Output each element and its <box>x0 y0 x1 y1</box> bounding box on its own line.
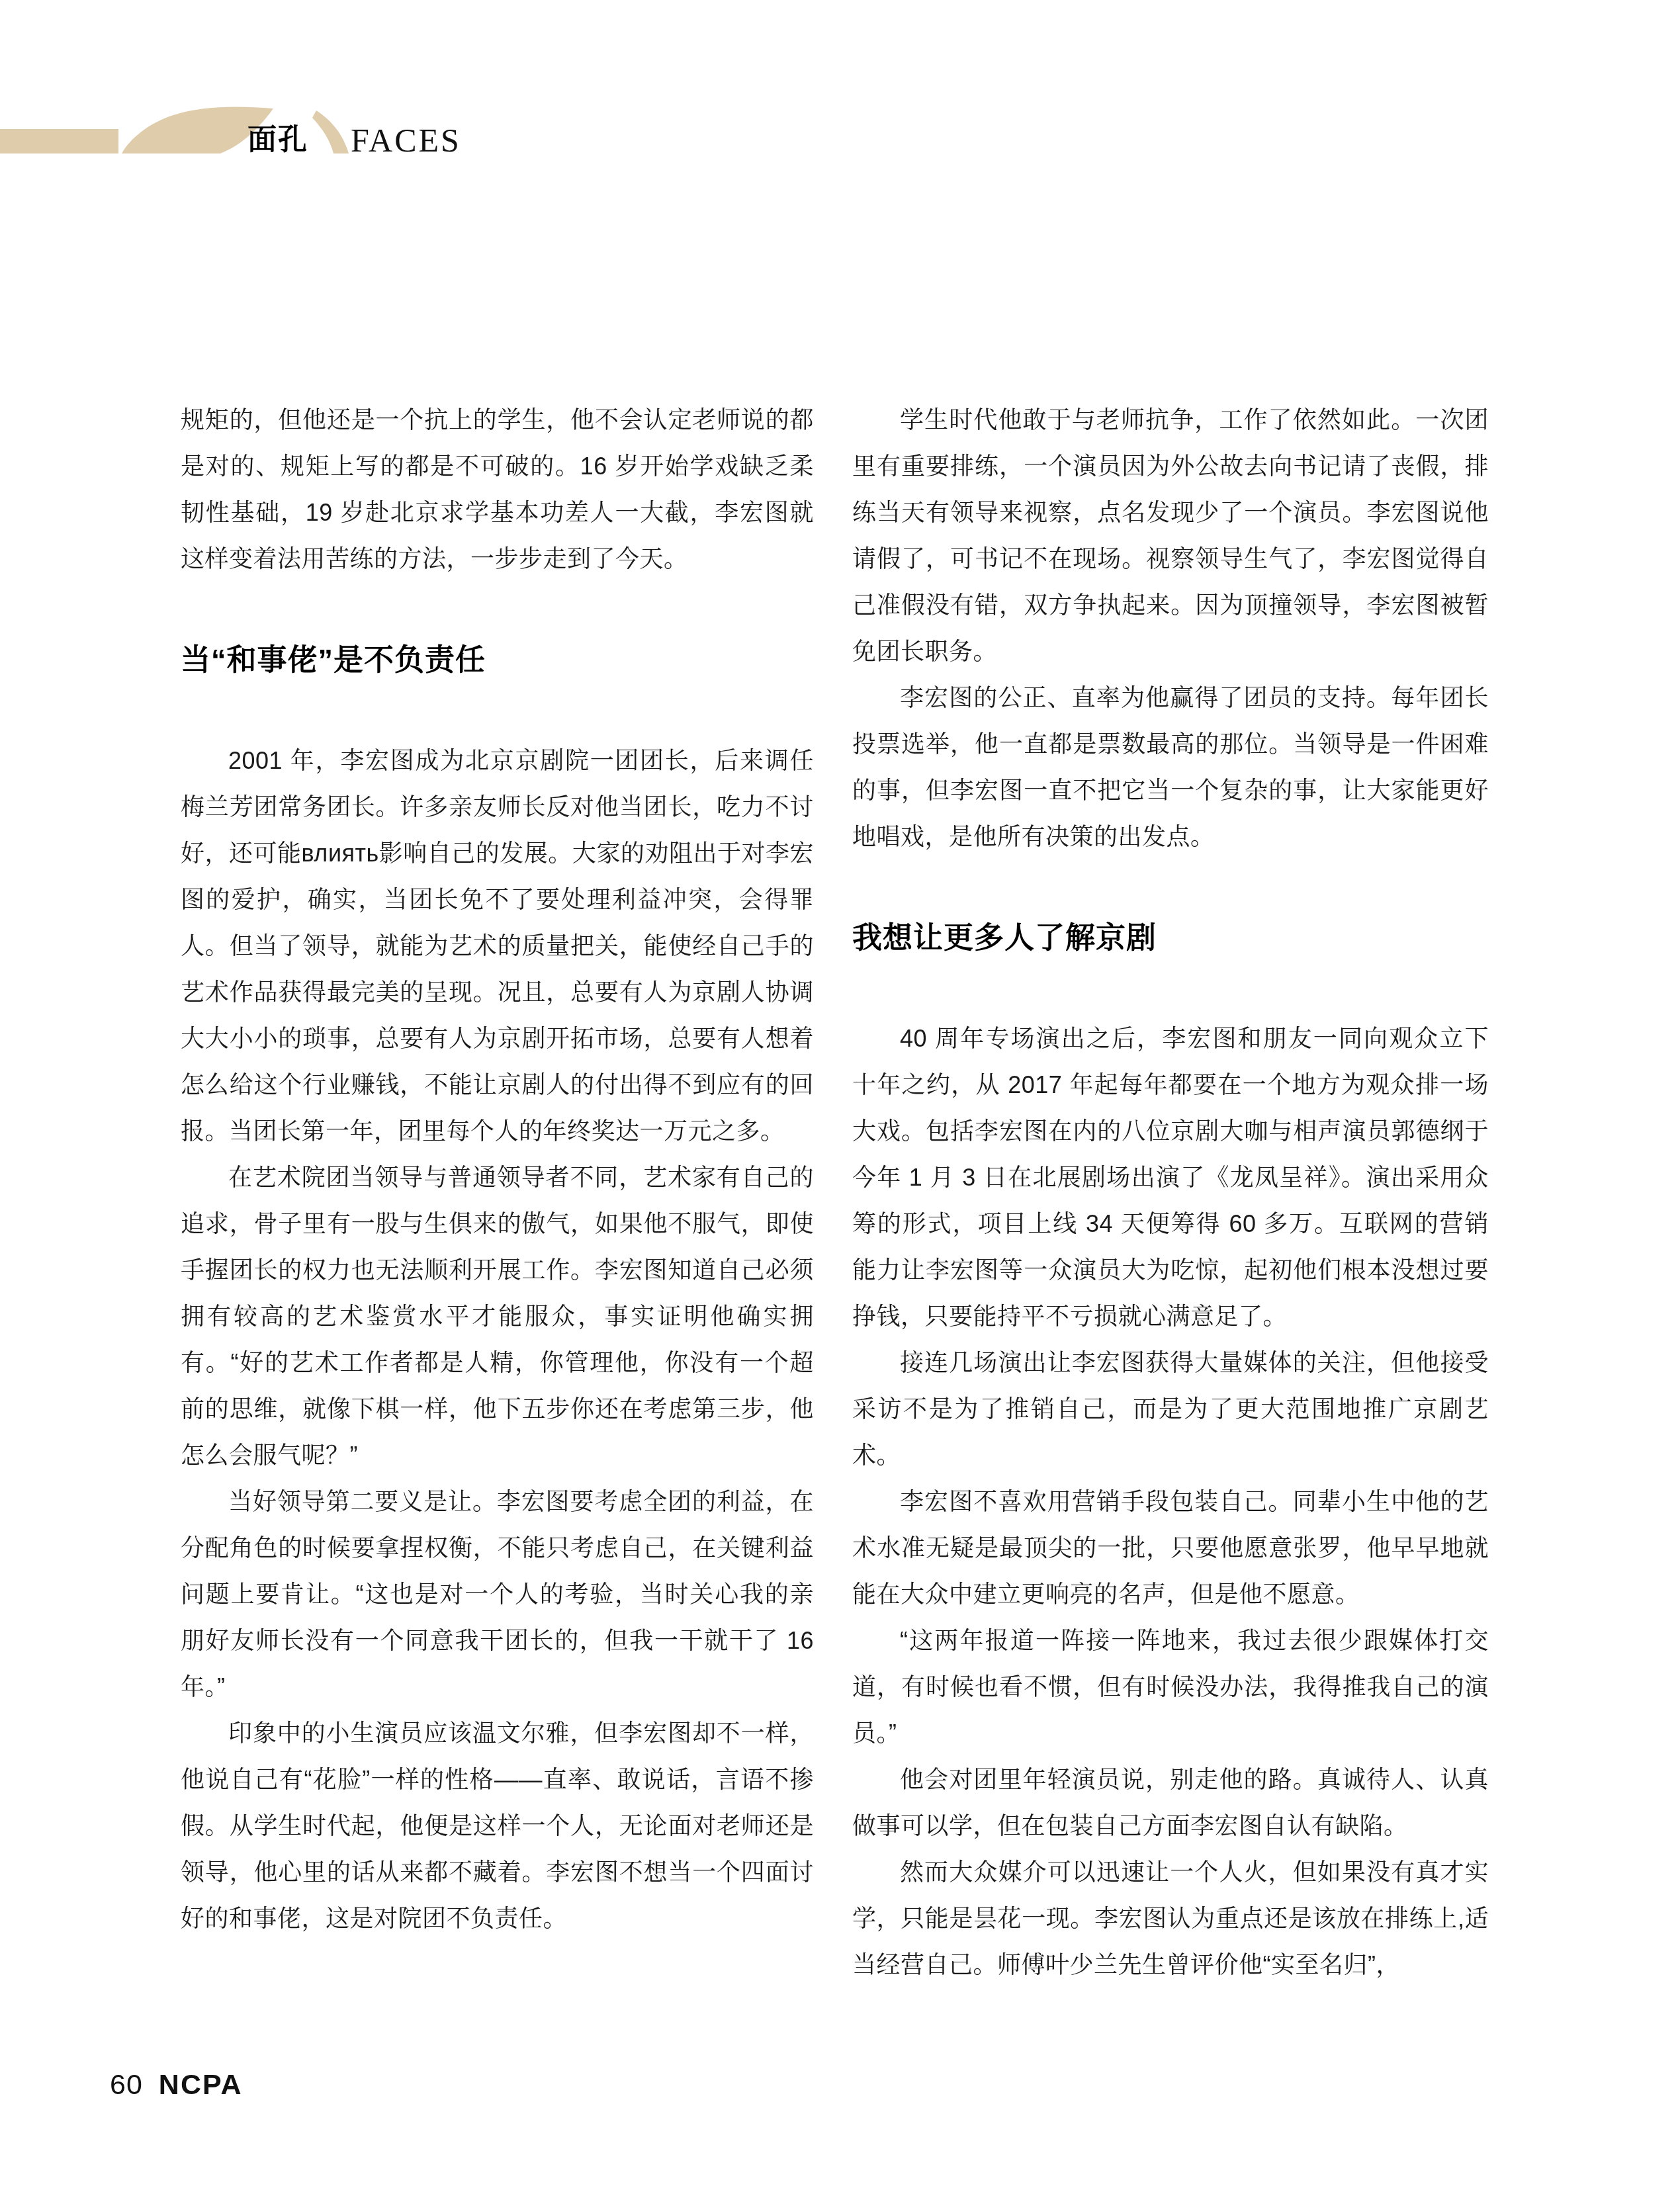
paragraph: 他会对团里年轻演员说，别走他的路。真诚待人、认真做事可以学，但在包装自己方面李宏… <box>852 1757 1489 1849</box>
paragraph: 接连几场演出让李宏图获得大量媒体的关注，但他接受采访不是为了推销自己，而是为了更… <box>852 1340 1489 1479</box>
paragraph: 40 周年专场演出之后，李宏图和朋友一同向观众立下十年之约，从 2017 年起每… <box>852 1016 1489 1340</box>
paragraph: 李宏图不喜欢用营销手段包装自己。同辈小生中他的艺术水准无疑是最顶尖的一批，只要他… <box>852 1479 1489 1618</box>
magazine-brand: NCPA <box>159 2069 243 2101</box>
paragraph: 2001 年，李宏图成为北京京剧院一团团长，后来调任梅兰芳团常务团长。许多亲友师… <box>181 738 814 1155</box>
right-column: 学生时代他敢于与老师抗争，工作了依然如此。一次团里有重要排练，一个演员因为外公故… <box>852 397 1489 1988</box>
section-heading-mediator: 当“和事佬”是不负责任 <box>181 644 814 676</box>
header-bar-shape <box>0 129 118 153</box>
magazine-page: 面孔 FACES 规矩的，但他还是一个抗上的学生，他不会认定老师说的都是对的、规… <box>0 0 1680 2188</box>
paragraph-continuation: 规矩的，但他还是一个抗上的学生，他不会认定老师说的都是对的、规矩上写的都是不可破… <box>181 397 814 582</box>
paragraph: 当好领导第二要义是让。李宏图要考虑全团的利益，在分配角色的时候要拿捏权衡，不能只… <box>181 1479 814 1710</box>
paragraph: “这两年报道一阵接一阵地来，我过去很少跟媒体打交道，有时候也看不惯，但有时候没办… <box>852 1618 1489 1757</box>
left-column: 规矩的，但他还是一个抗上的学生，他不会认定老师说的都是对的、规矩上写的都是不可破… <box>181 397 814 1942</box>
section-title-cn: 面孔 <box>247 124 308 156</box>
section-heading-promote-opera: 我想让更多人了解京剧 <box>852 922 1489 954</box>
header-swoosh-icon <box>312 110 349 153</box>
paragraph: 李宏图的公正、直率为他赢得了团员的支持。每年团长投票选举，他一直都是票数最高的那… <box>852 675 1489 860</box>
section-title-en: FACES <box>351 123 461 157</box>
paragraph: 学生时代他敢于与老师抗争，工作了依然如此。一次团里有重要排练，一个演员因为外公故… <box>852 397 1489 675</box>
paragraph: 印象中的小生演员应该温文尔雅，但李宏图却不一样，他说自己有“花脸”一样的性格——… <box>181 1710 814 1942</box>
paragraph: 然而大众媒介可以迅速让一个人火，但如果没有真才实学，只能是昙花一现。李宏图认为重… <box>852 1849 1489 1988</box>
page-footer: 60NCPA <box>110 2070 243 2100</box>
page-number: 60 <box>110 2069 143 2101</box>
paragraph: 在艺术院团当领导与普通领导者不同，艺术家有自己的追求，骨子里有一股与生俱来的傲气… <box>181 1155 814 1479</box>
